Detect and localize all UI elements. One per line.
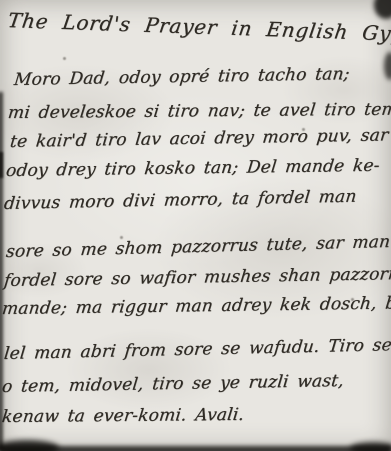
manuscript-line-3: te kair'd tiro lav acoi drey moro puv, s… [9,125,389,152]
manuscript-scan-page: The Lord's Prayer in English Gypsy. Moro… [0,0,391,451]
manuscript-line-11: kenaw ta ever-komi. Avali. [1,405,245,427]
document-title: The Lord's Prayer in English Gypsy. [6,8,391,47]
manuscript-line-6: sore so me shom pazzorrus tute, sar man [5,232,391,262]
manuscript-line-4: odoy drey tiro kosko tan; Del mande ke- [5,156,381,181]
manuscript-line-7: fordel sore so wafior mushes shan pazzor… [3,264,391,291]
manuscript-line-2: mi develeskoe si tiro nav; te avel tiro … [7,100,391,123]
manuscript-line-1: Moro Dad, odoy opré tiro tacho tan; [13,64,351,90]
manuscript-line-8: mande; ma riggur man adrey kek dosch, bu… [1,293,391,319]
manuscript-line-5: divvus moro divi morro, ta fordel man [3,187,358,214]
handwriting-layer: The Lord's Prayer in English Gypsy. Moro… [0,0,391,451]
manuscript-line-10: o tem, midovel, tiro se ye ruzli wast, [1,371,345,397]
manuscript-line-9: lel man abri from sore se wafudu. Tiro s… [3,335,391,364]
